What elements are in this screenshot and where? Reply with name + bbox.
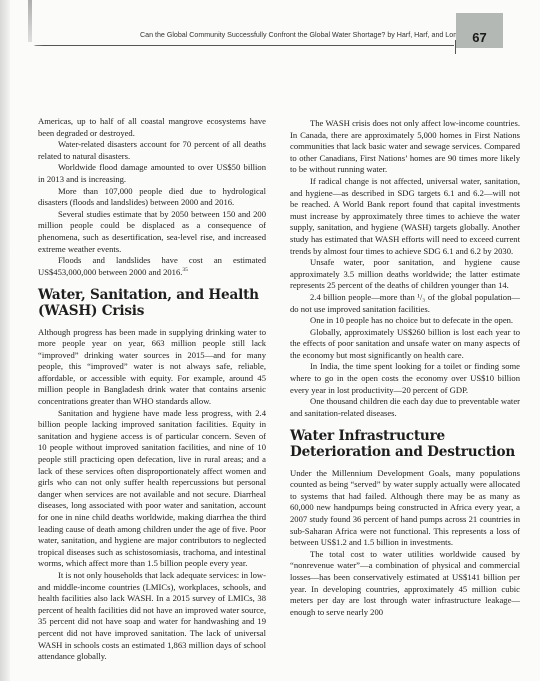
paragraph: Unsafe water, poor sanitation, and hygie… (290, 257, 520, 292)
running-header-title: Can the Global Community Successfully Co… (140, 31, 475, 39)
paragraph: If radical change is not affected, unive… (290, 176, 520, 257)
paragraph: Under the Millennium Development Goals, … (290, 468, 520, 549)
paragraph: It is not only households that lack adeq… (38, 570, 266, 663)
paragraph: One in 10 people has no choice but to de… (290, 315, 520, 327)
paragraph: The WASH crisis does not only affect low… (290, 118, 520, 176)
binding-shadow (28, 0, 32, 42)
page-number: 67 (456, 30, 503, 45)
right-column: The WASH crisis does not only affect low… (290, 118, 520, 618)
paragraph: Water-related disasters account for 70 p… (38, 139, 266, 162)
paragraph: 2.4 billion people—more than ¹/₃ of the … (290, 292, 520, 315)
paragraph: Worldwide flood damage amounted to over … (38, 162, 266, 185)
header-rule (34, 45, 454, 46)
section-heading-wash: Water, Sanitation, and Health (WASH) Cri… (38, 288, 266, 319)
paragraph: Globally, approximately US$260 billion i… (290, 327, 520, 362)
paragraph: Several studies estimate that by 2050 be… (38, 209, 266, 255)
paragraph-text: Floods and landslides have cost an estim… (38, 255, 266, 277)
section-heading-infrastructure: Water Infrastructure Deterioration and D… (290, 429, 520, 460)
paragraph: Floods and landslides have cost an estim… (38, 255, 266, 278)
paragraph: One thousand children die each day due t… (290, 396, 520, 419)
paragraph: In India, the time spent looking for a t… (290, 361, 520, 396)
paragraph: More than 107,000 people died due to hyd… (38, 186, 266, 209)
paragraph: Americas, up to half of all coastal mang… (38, 116, 266, 139)
page-binding-edge (0, 0, 10, 681)
paragraph: The total cost to water utilities worldw… (290, 549, 520, 619)
footnote-marker: 35 (182, 267, 188, 273)
paragraph: Although progress has been made in suppl… (38, 327, 266, 408)
left-column: Americas, up to half of all coastal mang… (38, 116, 266, 663)
paragraph: Sanitation and hygiene have made less pr… (38, 408, 266, 570)
